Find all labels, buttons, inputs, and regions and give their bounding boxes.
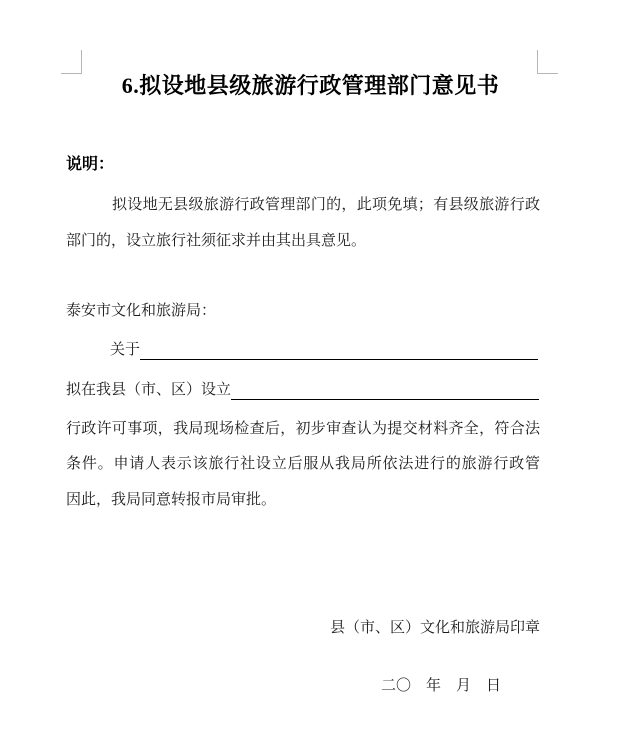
note-line-2: 部门的，设立旅行社须征求并由其出具意见。 — [66, 231, 366, 251]
note-line-1: 拟设地无县级旅游行政管理部门的，此项免填；有县级旅游行政管理 — [112, 195, 540, 215]
seal-line: 县（市、区）文化和旅游局印章 — [330, 618, 540, 638]
page-margin-mark-top-right — [537, 50, 558, 74]
establish-label: 拟在我县（市、区）设立 — [66, 380, 231, 400]
form-line-establish: 拟在我县（市、区）设立 — [66, 380, 539, 400]
date-line: 二〇 年 月 日 — [381, 676, 501, 696]
salutation-line: 泰安市文化和旅游局： — [66, 301, 216, 321]
document-title: 6.拟设地县级旅游行政管理部门意见书 — [0, 72, 621, 100]
regarding-label: 关于 — [110, 340, 140, 360]
establish-blank-field — [231, 380, 539, 400]
body-line-2: 条件。申请人表示该旅行社设立后服从我局所依法进行的旅游行政管理， — [66, 454, 540, 474]
document-page: 6.拟设地县级旅游行政管理部门意见书 说明： 拟设地无县级旅游行政管理部门的，此… — [0, 0, 621, 742]
page-margin-mark-top-left — [61, 50, 82, 74]
regarding-blank-field — [140, 340, 538, 360]
body-line-3: 因此，我局同意转报市局审批。 — [66, 490, 276, 510]
note-heading: 说明： — [66, 155, 114, 175]
body-line-1: 行政许可事项，我局现场检查后，初步审查认为提交材料齐全，符合法定 — [66, 419, 540, 439]
form-line-regarding: 关于 — [110, 340, 538, 360]
